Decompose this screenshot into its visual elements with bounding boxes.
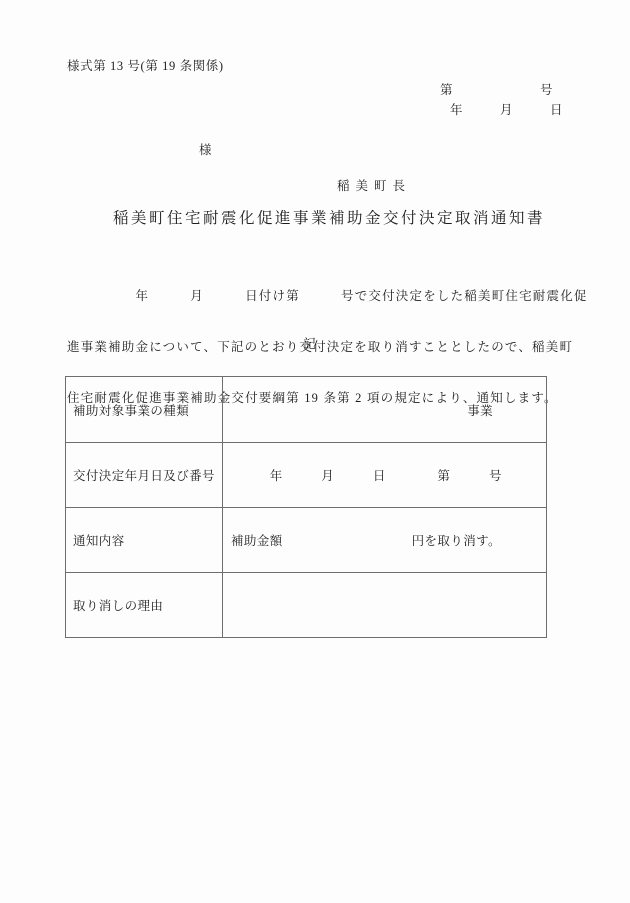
body-line-1: 年 月 日付け第 号で交付決定をした稲美町住宅耐震化促 [67,286,587,307]
row-label-project-type: 補助対象事業の種類 [66,377,223,443]
row-value-cancellation-reason [223,573,547,638]
table-row-grant-decision: 交付決定年月日及び番号 年 月 日 第 号 [66,443,547,508]
row-value-notice-content: 補助金額 円を取り消す。 [223,508,547,573]
recipient-honorific: 様 [199,140,212,158]
form-number: 様式第 13 号(第 19 条関係) [67,56,224,74]
row-value-project-type: 事業 [223,377,547,443]
doc-number: 第 号 [440,80,553,98]
sender-title: 稲美町長 [337,176,411,194]
row-label-grant-decision: 交付決定年月日及び番号 [66,443,223,508]
document-title: 稲美町住宅耐震化促進事業補助金交付決定取消通知書 [113,206,545,228]
details-table: 補助対象事業の種類 事業 交付決定年月日及び番号 年 月 日 第 号 通知内容 … [65,376,547,638]
issue-date: 年 月 日 [450,100,563,118]
table-row-notice-content: 通知内容 補助金額 円を取り消す。 [66,508,547,573]
table-row-project-type: 補助対象事業の種類 事業 [66,377,547,443]
table-row-cancellation-reason: 取り消しの理由 [66,573,547,638]
row-value-grant-decision: 年 月 日 第 号 [223,443,547,508]
section-marker: 記 [0,334,620,352]
document-page: 様式第 13 号(第 19 条関係) 第 号 年 月 日 様 稲美町長 稲美町住… [0,0,630,903]
row-label-notice-content: 通知内容 [66,508,223,573]
row-label-cancellation-reason: 取り消しの理由 [66,573,223,638]
